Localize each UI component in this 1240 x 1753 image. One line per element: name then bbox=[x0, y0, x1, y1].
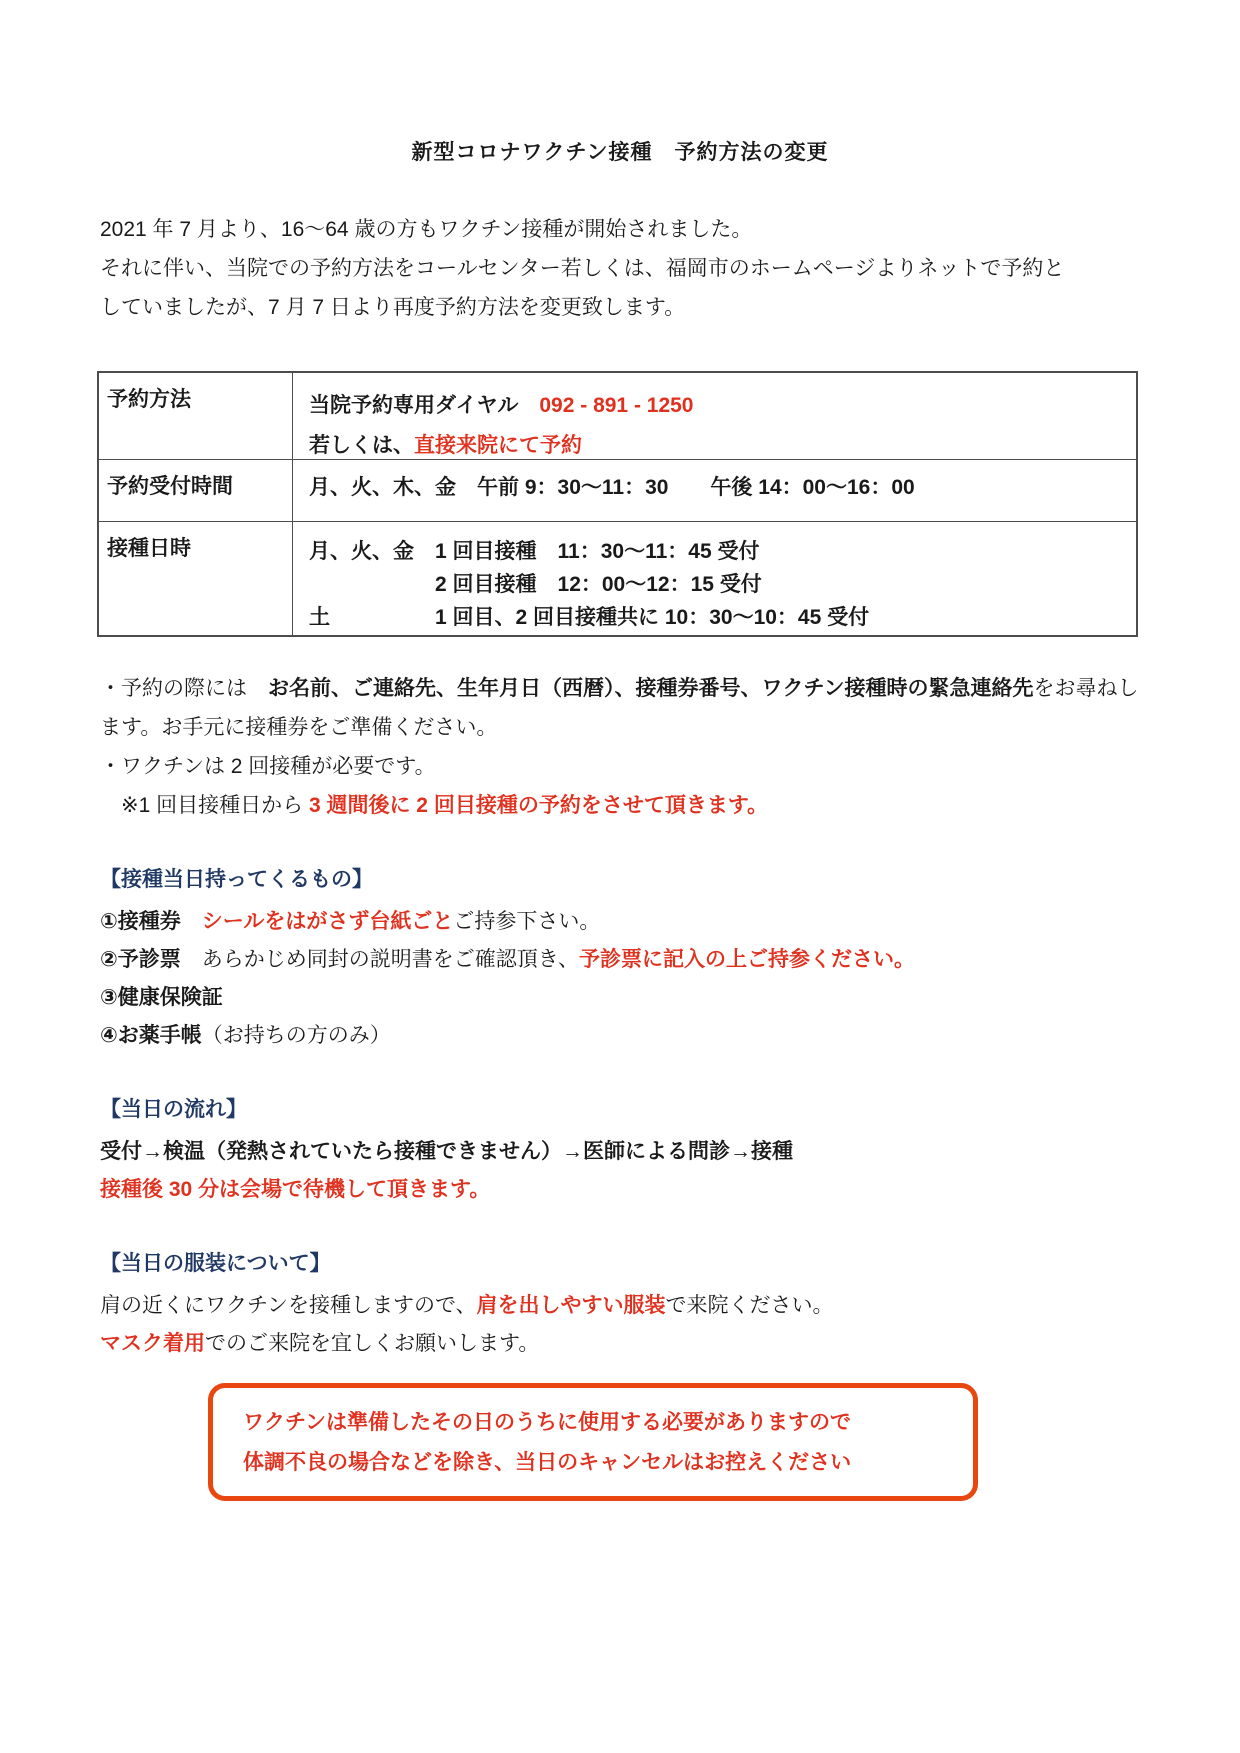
content-line: 土 1 回目、2 回目接種共に 10：30～10：45 受付 bbox=[309, 601, 1136, 634]
intro-line: それに伴い、当院での予約方法をコールセンター若しくは、福岡市のホームページよりネ… bbox=[100, 249, 1140, 288]
mask-advice: マスク着用でのご来院を宜しくお願いします。 bbox=[100, 1325, 1140, 1363]
section-heading-items: 【接種当日持ってくるもの】 bbox=[100, 865, 1140, 895]
item-medicine-notebook: ④お薬手帳（お持ちの方のみ） bbox=[100, 1017, 1140, 1055]
content-line: 月、火、金 1 回目接種 11：30～11：45 受付 bbox=[309, 535, 1136, 568]
content-line: 当院予約専用ダイヤル 092 - 891 - 1250 bbox=[309, 386, 1136, 426]
section-items-to-bring: 【接種当日持ってくるもの】 ①接種券 シールをはがさず台紙ごとご持参下さい。 ②… bbox=[100, 865, 1140, 1055]
item-screening-form: ②予診票 あらかじめ同封の説明書をご確認頂き、予診票に記入の上ご持参ください。 bbox=[100, 941, 1140, 979]
intro-line: していましたが、7 月 7 日より再度予約方法を変更致します。 bbox=[100, 288, 1140, 327]
table-row-method: 予約方法 当院予約専用ダイヤル 092 - 891 - 1250 若しくは、直接… bbox=[99, 373, 1136, 459]
note-second-dose-booking: ※1 回目接種日から 3 週間後に 2 回目接種の予約をさせて頂きます。 bbox=[100, 786, 1140, 825]
section-clothing: 【当日の服装について】 肩の近くにワクチンを接種しますので、肩を出しやすい服装で… bbox=[100, 1249, 1140, 1363]
warning-line: 体調不良の場合などを除き、当日のキャンセルはお控えください bbox=[243, 1443, 973, 1483]
item-insurance-card: ③健康保険証 bbox=[100, 979, 1140, 1017]
section-day-flow: 【当日の流れ】 受付→検温（発熱されていたら接種できません）→医師による問診→接… bbox=[100, 1095, 1140, 1209]
clothing-advice: 肩の近くにワクチンを接種しますので、肩を出しやすい服装で来院ください。 bbox=[100, 1287, 1140, 1325]
note-two-doses: ・ワクチンは 2 回接種が必要です。 bbox=[100, 747, 1140, 786]
intro-paragraph: 2021 年 7 月より、16～64 歳の方もワクチン接種が開始されました。 そ… bbox=[100, 210, 1140, 327]
content-line: 2 回目接種 12：00～12：15 受付 bbox=[309, 568, 1136, 601]
row-content: 月、火、金 1 回目接種 11：30～11：45 受付 2 回目接種 12：00… bbox=[292, 522, 1136, 635]
table-row-schedule: 接種日時 月、火、金 1 回目接種 11：30～11：45 受付 2 回目接種 … bbox=[99, 521, 1136, 635]
document-content: 新型コロナワクチン接種 予約方法の変更 2021 年 7 月より、16～64 歳… bbox=[0, 0, 1240, 1501]
content-line: 月、火、木、金 午前 9：30～11：30 午後 14：00～16：00 bbox=[309, 473, 1136, 503]
table-row-hours: 予約受付時間 月、火、木、金 午前 9：30～11：30 午後 14：00～16… bbox=[99, 459, 1136, 521]
warning-line: ワクチンは準備したその日のうちに使用する必要がありますので bbox=[243, 1403, 973, 1443]
item-vaccination-ticket: ①接種券 シールをはがさず台紙ごとご持参下さい。 bbox=[100, 903, 1140, 941]
reservation-table: 予約方法 当院予約専用ダイヤル 092 - 891 - 1250 若しくは、直接… bbox=[97, 371, 1138, 637]
flow-steps: 受付→検温（発熱されていたら接種できません）→医師による問診→接種 bbox=[100, 1133, 1140, 1171]
row-content: 月、火、木、金 午前 9：30～11：30 午後 14：00～16：00 bbox=[292, 460, 1136, 521]
document-title: 新型コロナワクチン接種 予約方法の変更 bbox=[100, 0, 1140, 166]
row-label: 接種日時 bbox=[99, 522, 292, 635]
row-label: 予約方法 bbox=[99, 373, 292, 459]
warning-box: ワクチンは準備したその日のうちに使用する必要がありますので 体調不良の場合などを… bbox=[208, 1383, 978, 1501]
document-page: 新型コロナワクチン接種 予約方法の変更 2021 年 7 月より、16～64 歳… bbox=[0, 0, 1240, 1753]
intro-line: 2021 年 7 月より、16～64 歳の方もワクチン接種が開始されました。 bbox=[100, 210, 1140, 249]
row-content: 当院予約専用ダイヤル 092 - 891 - 1250 若しくは、直接来院にて予… bbox=[292, 373, 1136, 459]
row-label: 予約受付時間 bbox=[99, 460, 292, 521]
flow-wait-notice: 接種後 30 分は会場で待機して頂きます。 bbox=[100, 1171, 1140, 1209]
note-reservation-info: ・予約の際には お名前、ご連絡先、生年月日（西暦）、接種券番号、ワクチン接種時の… bbox=[100, 669, 1140, 747]
section-heading-clothing: 【当日の服装について】 bbox=[100, 1249, 1140, 1279]
section-heading-flow: 【当日の流れ】 bbox=[100, 1095, 1140, 1125]
notes-block: ・予約の際には お名前、ご連絡先、生年月日（西暦）、接種券番号、ワクチン接種時の… bbox=[100, 669, 1140, 825]
